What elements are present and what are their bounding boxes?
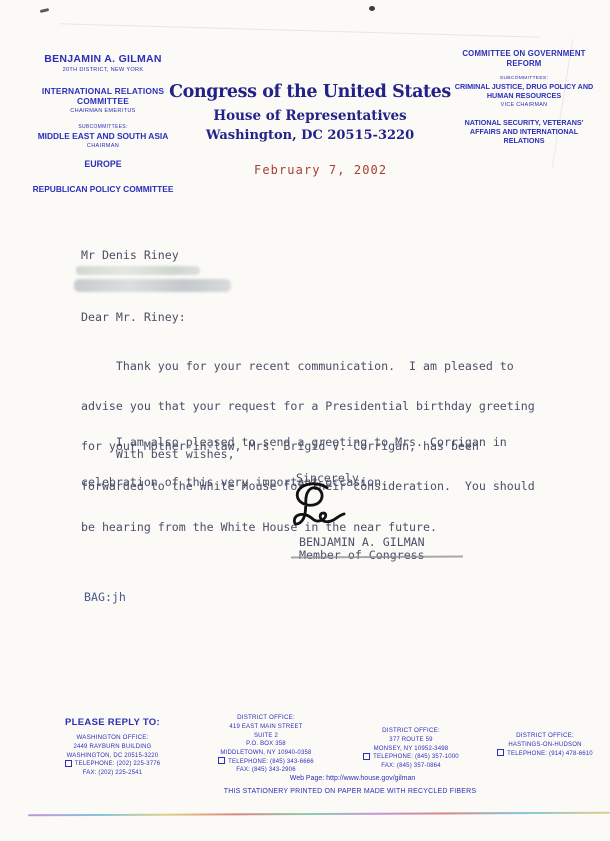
office-phone: TELEPHONE: (845) 357-1000 (373, 754, 459, 760)
body-line: Thank you for your recent communication.… (81, 360, 535, 373)
chairman-emeritus-label: CHAIRMAN EMERITUS (26, 108, 180, 114)
letter-date: February 7, 2002 (254, 163, 387, 177)
address-redaction (74, 279, 231, 292)
paper-crease (60, 23, 540, 37)
washington-address: Washington, DC 20515-3220 (168, 128, 452, 143)
office-phone: TELEPHONE: (914) 478-6610 (507, 751, 593, 757)
republican-policy-committee: REPUBLICAN POLICY COMMITTEE (26, 184, 180, 194)
government-reform-committee: COMMITTEE ON GOVERNMENT REFORM (449, 49, 599, 68)
scan-line-artifact (28, 812, 610, 817)
vice-chairman-label: VICE CHAIRMAN (449, 102, 599, 108)
subcommittees-label: SUBCOMMITTEES: (449, 76, 599, 81)
subcommittee-national-security: NATIONAL SECURITY, VETERANS' AFFAIRS AND… (449, 118, 599, 145)
ink-speck (369, 6, 375, 11)
letterhead-left-column: BENJAMIN A. GILMAN 20TH DISTRICT, NEW YO… (26, 53, 180, 194)
office-phone-line: TELEPHONE: (202) 225-3776 (30, 760, 195, 769)
district-label: 20TH DISTRICT, NEW YORK (26, 67, 180, 73)
committee-name: INTERNATIONAL RELATIONS COMMITTEE (26, 86, 180, 106)
middletown-office-block: DISTRICT OFFICE: 419 EAST MAIN STREET SU… (196, 714, 336, 775)
subcommittees-label: SUBCOMMITTEES: (26, 124, 180, 130)
office-address-line: WASHINGTON, DC 20515-3220 (30, 752, 195, 761)
address-redaction (76, 266, 200, 275)
office-address-line: 2449 RAYBURN BUILDING (30, 743, 195, 752)
monsey-office-block: DISTRICT OFFICE: 377 ROUTE 59 MONSEY, NY… (342, 727, 480, 771)
office-phone: TELEPHONE: (845) 343-6666 (228, 759, 314, 765)
closing-wishes: With best wishes, (81, 448, 235, 461)
subcommittee-europe: EUROPE (26, 159, 180, 169)
office-phone: TELEPHONE: (202) 225-3776 (75, 761, 161, 767)
congress-title: Congress of the United States (168, 82, 452, 102)
office-fax-line: FAX: (202) 225-2541 (30, 769, 195, 778)
office-phone-line: TELEPHONE: (845) 357-1000 (342, 753, 480, 762)
office-address-line: P.O. BOX 358 (196, 740, 336, 749)
recipient-name: Mr Denis Riney (81, 249, 179, 262)
office-address-line: 419 EAST MAIN STREET (196, 723, 336, 732)
hastings-office-block: DISTRICT OFFICE: HASTINGS-ON-HUDSON TELE… (482, 732, 608, 758)
subcommittee-criminal-justice: CRIMINAL JUSTICE, DRUG POLICY AND HUMAN … (449, 82, 599, 100)
salutation: Dear Mr. Riney: (81, 311, 186, 324)
member-name: BENJAMIN A. GILMAN (26, 53, 180, 65)
letterhead-right-column: COMMITTEE ON GOVERNMENT REFORM SUBCOMMIT… (449, 49, 599, 145)
office-heading: DISTRICT OFFICE: (196, 714, 336, 723)
office-address-line: 377 ROUTE 59 (342, 736, 480, 745)
office-heading: DISTRICT OFFICE: (342, 727, 480, 736)
checkbox-icon (65, 760, 72, 767)
office-address-line: SUITE 2 (196, 732, 336, 741)
office-address-line: MIDDLETOWN, NY 10940-0358 (196, 749, 336, 758)
reference-initials: BAG:jh (84, 591, 126, 604)
ink-speck (40, 8, 49, 13)
office-fax-line: FAX: (845) 357-0864 (342, 762, 480, 771)
subcommittee-middle-east: MIDDLE EAST AND SOUTH ASIA (26, 131, 180, 141)
checkbox-icon (497, 749, 504, 756)
reply-heading: PLEASE REPLY TO: (30, 717, 195, 728)
house-title: House of Representatives (168, 108, 452, 124)
reply-to-block: PLEASE REPLY TO: WASHINGTON OFFICE: 2449… (30, 717, 195, 778)
office-phone-line: TELEPHONE: (845) 343-6666 (196, 758, 336, 767)
office-phone-line: TELEPHONE: (914) 478-6610 (482, 750, 608, 759)
office-fax-line: FAX: (845) 343-2906 (196, 766, 336, 775)
recycled-notice: THIS STATIONERY PRINTED ON PAPER MADE WI… (185, 788, 515, 795)
webpage-line: Web Page: http://www.house.gov/gilman (230, 775, 475, 782)
checkbox-icon (363, 753, 370, 760)
signature-ink (286, 480, 378, 538)
checkbox-icon (218, 757, 225, 764)
letterhead-center: Congress of the United States House of R… (168, 82, 452, 143)
washington-office-block: WASHINGTON OFFICE: 2449 RAYBURN BUILDING… (30, 734, 195, 778)
office-heading: WASHINGTON OFFICE: (30, 734, 195, 743)
chairman-label: CHAIRMAN (26, 143, 180, 149)
office-heading: DISTRICT OFFICE: (482, 732, 608, 741)
scanned-letter-page: BENJAMIN A. GILMAN 20TH DISTRICT, NEW YO… (0, 0, 610, 841)
